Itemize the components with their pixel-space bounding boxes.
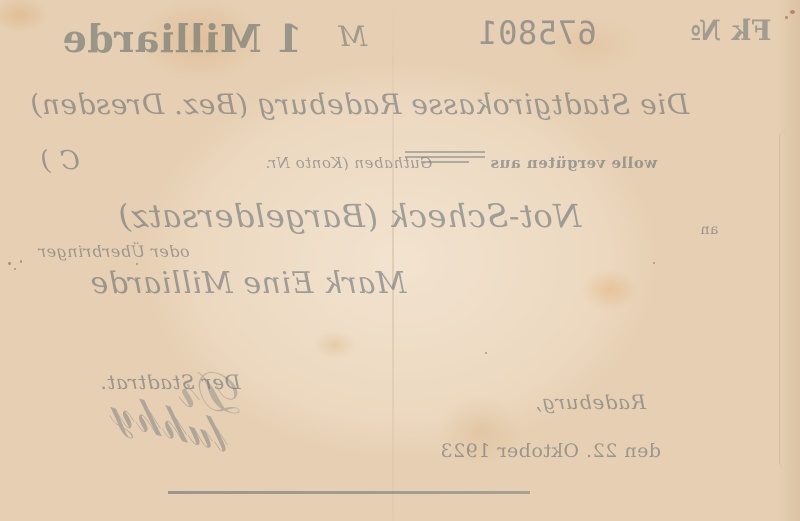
foxing-spot <box>790 10 795 14</box>
payee-preposition: an <box>700 222 718 238</box>
foxing-spot <box>653 262 655 264</box>
cheque-document: Fk № 675801 M 1 Milliarde Die Stadtgirok… <box>0 0 800 521</box>
issuer-name: Die Stadtgirokasse Radeburg (Bez. Dresde… <box>30 88 689 121</box>
amount-heading: 1 Milliarde <box>62 16 302 61</box>
foxing-spot <box>485 352 487 354</box>
account-label: Guthaben (Konto Nr. <box>265 154 432 172</box>
foxing-spot <box>14 268 16 270</box>
foxing-spot <box>136 263 138 265</box>
bearer-clause: oder Überbringer <box>38 242 190 261</box>
foxing-spot <box>785 16 788 19</box>
series-label: Fk № <box>690 14 771 47</box>
fold-crease <box>392 0 394 521</box>
issue-place: Radeburg, <box>535 390 646 414</box>
account-number: C ) <box>40 146 80 176</box>
amount-in-words: Mark Eine Milliarde <box>90 266 407 301</box>
foxing-spot <box>20 260 22 263</box>
serial-number: 675801 <box>478 14 597 52</box>
foxing-spot <box>8 262 11 265</box>
issue-date: den 22. Oktober 1923 <box>440 440 661 462</box>
pay-instruction: wolle vergüten aus <box>490 154 657 172</box>
currency-symbol: M <box>338 20 367 53</box>
payee-name: Not-Scheck (Bargeldersatz) <box>118 197 581 235</box>
ornamental-border <box>779 130 796 470</box>
signature-line <box>168 491 530 494</box>
